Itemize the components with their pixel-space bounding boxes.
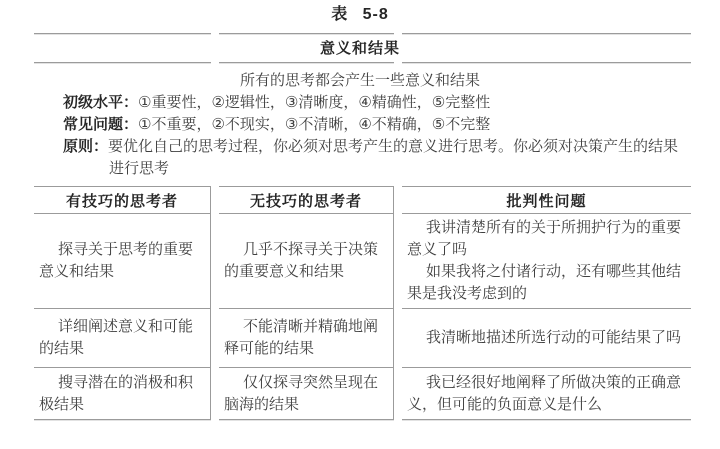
intro-principle-text: 要优化自己的思考过程，你必须对思考产生的意义进行思考。你必须对决策产生的结果进行… [108, 138, 678, 177]
cell-unskilled: 不能清晰并精确地阐释可能的结果 [219, 309, 394, 368]
intro-level-text: ①重要性，②逻辑性，③清晰度，④精确性，⑤完整性 [138, 94, 490, 111]
cell-text: 详细阐述意义和可能的结果 [39, 316, 205, 360]
cell-questions: 我清晰地描述所选行动的可能结果了吗 [402, 309, 691, 368]
rule-segment [402, 62, 691, 63]
cell-text: 我清晰地描述所选行动的可能结果了吗 [407, 327, 686, 349]
intro-principle-line: 原则：要优化自己的思考过程，你必须对思考产生的意义进行思考。你必须对决策产生的结… [63, 136, 690, 180]
rule-segment [219, 62, 394, 63]
cell-text: 我已经很好地阐释了所做决策的正确意义，但可能的负面意义是什么 [407, 372, 686, 416]
cell-text: 几乎不探寻关于决策的重要意义和结果 [224, 239, 388, 283]
header-critical-questions: 批判性问题 [402, 186, 691, 214]
cell-text: 不能清晰并精确地阐释可能的结果 [224, 316, 388, 360]
cell-text: 仅仅探寻突然呈现在脑海的结果 [224, 372, 388, 416]
header-skilled-thinker: 有技巧的思考者 [34, 186, 211, 214]
comparison-table: 有技巧的思考者 无技巧的思考者 批判性问题 探寻关于思考的重要意义和结果 几乎不… [0, 186, 720, 420]
cell-skilled: 探寻关于思考的重要意义和结果 [34, 214, 211, 309]
table-header-row: 有技巧的思考者 无技巧的思考者 批判性问题 [34, 186, 720, 214]
intro-level-line: 初级水平：①重要性，②逻辑性，③清晰度，④精确性，⑤完整性 [63, 92, 720, 114]
rule-segment [219, 33, 394, 34]
document-page: 表 5-8 意义和结果 所有的思考都会产生一些意义和结果 初级水平：①重要性，②… [0, 0, 720, 449]
intro-principle-label: 原则： [63, 138, 108, 155]
intro-lead: 所有的思考都会产生一些意义和结果 [0, 70, 720, 92]
cell-skilled: 详细阐述意义和可能的结果 [34, 309, 211, 368]
table-title: 意义和结果 [0, 35, 720, 62]
cell-unskilled: 仅仅探寻突然呈现在脑海的结果 [219, 368, 394, 420]
table-row: 搜寻潜在的消极和积极结果 仅仅探寻突然呈现在脑海的结果 我已经很好地阐释了所做决… [34, 368, 720, 420]
intro-problems-line: 常见问题：①不重要，②不现实，③不清晰，④不精确，⑤不完整 [63, 114, 720, 136]
rule-segment [402, 33, 691, 34]
horizontal-rule [34, 62, 720, 64]
rule-segment [34, 33, 211, 34]
table-row: 详细阐述意义和可能的结果 不能清晰并精确地阐释可能的结果 我清晰地描述所选行动的… [34, 309, 720, 368]
intro-level-label: 初级水平： [63, 94, 138, 111]
cell-skilled: 搜寻潜在的消极和积极结果 [34, 368, 211, 420]
cell-text: 探寻关于思考的重要意义和结果 [39, 239, 205, 283]
cell-unskilled: 几乎不探寻关于决策的重要意义和结果 [219, 214, 394, 309]
cell-questions: 我讲清楚所有的关于所拥护行为的重要意义了吗 如果我将之付诸行动，还有哪些其他结果… [402, 214, 691, 309]
cell-text: 如果我将之付诸行动，还有哪些其他结果是我没考虑到的 [407, 261, 686, 305]
rule-segment [34, 62, 211, 63]
table-row: 探寻关于思考的重要意义和结果 几乎不探寻关于决策的重要意义和结果 我讲清楚所有的… [34, 214, 720, 309]
intro-problems-text: ①不重要，②不现实，③不清晰，④不精确，⑤不完整 [138, 116, 490, 133]
header-unskilled-thinker: 无技巧的思考者 [219, 186, 394, 214]
cell-text: 搜寻潜在的消极和积极结果 [39, 372, 205, 416]
table-caption: 表 5-8 [0, 0, 720, 25]
intro-problems-label: 常见问题： [63, 116, 138, 133]
cell-questions: 我已经很好地阐释了所做决策的正确意义，但可能的负面意义是什么 [402, 368, 691, 420]
cell-text: 我讲清楚所有的关于所拥护行为的重要意义了吗 [407, 217, 686, 261]
